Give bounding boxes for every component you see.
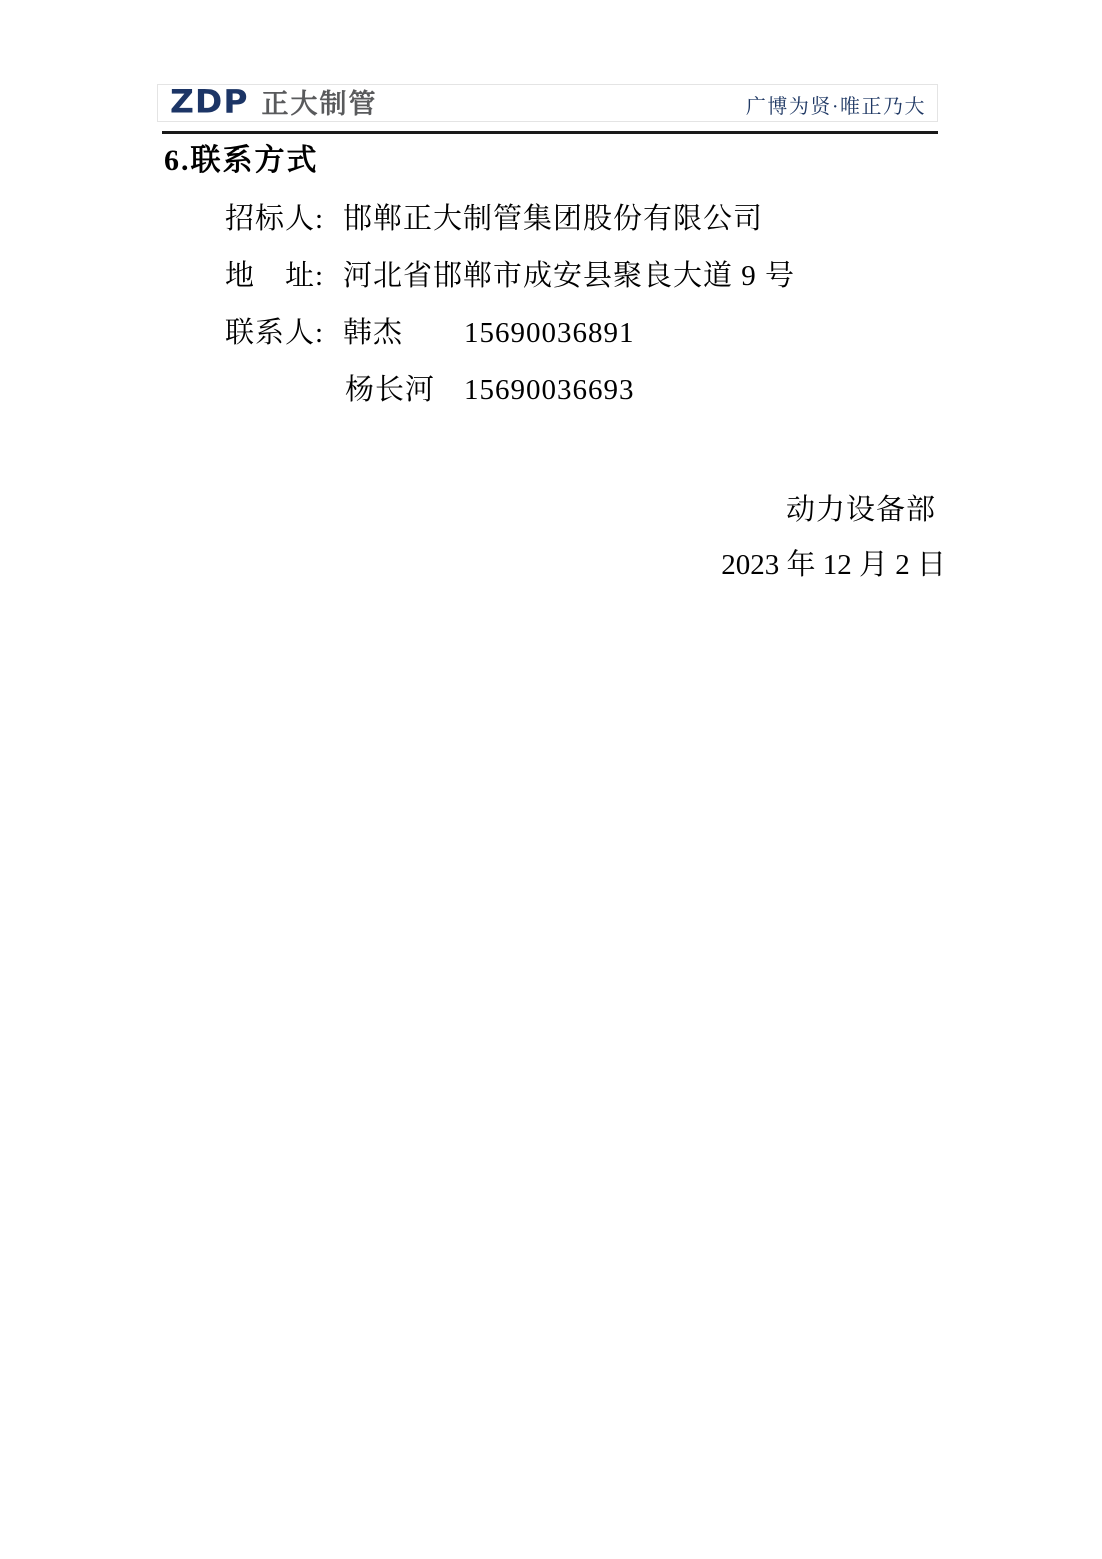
address-value: 河北省邯郸市成安县聚良大道 9 号 bbox=[343, 259, 795, 293]
contact-row: 联系人: 韩杰 15690036891 bbox=[0, 316, 1102, 352]
contact-name: 韩杰 bbox=[343, 316, 403, 350]
document-page: ZDP 正大制管 广博为贤·唯正乃大 6.联系方式 招标人: 邯郸正大制管集团股… bbox=[0, 0, 1102, 1559]
contact-phone: 15690036891 bbox=[464, 316, 635, 350]
signature-department: 动力设备部 bbox=[786, 493, 936, 527]
company-slogan: 广博为贤·唯正乃大 bbox=[746, 95, 926, 119]
contact-name: 杨长河 bbox=[345, 373, 435, 407]
contact-phone: 15690036693 bbox=[464, 373, 635, 407]
bidder-row: 招标人: 邯郸正大制管集团股份有限公司 bbox=[0, 202, 1102, 238]
address-label: 地 址: bbox=[225, 259, 324, 293]
signature-date: 2023 年 12 月 2 日 bbox=[721, 548, 946, 582]
section-title: 6.联系方式 bbox=[164, 143, 319, 179]
address-row: 地 址: 河北省邯郸市成安县聚良大道 9 号 bbox=[0, 259, 1102, 295]
contact-row: 杨长河 15690036693 bbox=[0, 373, 1102, 409]
logo-company-name: 正大制管 bbox=[262, 90, 378, 120]
logo-zdp-icon: ZDP bbox=[170, 85, 249, 120]
bidder-value: 邯郸正大制管集团股份有限公司 bbox=[343, 202, 763, 236]
contacts-label: 联系人: bbox=[225, 316, 324, 350]
bidder-label: 招标人: bbox=[225, 202, 324, 236]
company-logo: ZDP 正大制管 bbox=[170, 84, 378, 120]
header-divider bbox=[162, 131, 938, 134]
